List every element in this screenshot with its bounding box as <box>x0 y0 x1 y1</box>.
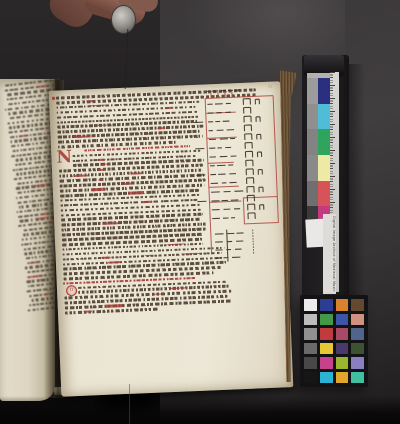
manuscript-photograph: ND 41 bene Digital Image Archive of Medi… <box>0 0 400 424</box>
red-highlight <box>99 159 106 162</box>
checker-patch-green <box>320 314 333 326</box>
checker-patch-magenta <box>320 357 333 369</box>
checker-patch-light-skin <box>351 314 364 326</box>
colour-patch-cyan <box>318 104 330 129</box>
red-highlight <box>128 191 144 194</box>
text-line <box>65 308 158 315</box>
colour-patch-green <box>318 129 330 155</box>
checker-patch-yellow-green <box>336 357 349 369</box>
plumb-string-bottom <box>129 384 130 424</box>
red-highlight <box>91 188 106 191</box>
red-highlight <box>85 311 92 313</box>
red-highlight <box>121 182 132 185</box>
gray-step <box>307 206 318 219</box>
initial-N: N <box>56 149 72 167</box>
red-highlight <box>73 174 89 177</box>
right-page: ND 41 bene <box>49 81 294 396</box>
red-highlight <box>98 178 103 181</box>
plumb-weight-disc <box>111 5 136 34</box>
red-highlight <box>157 127 166 130</box>
checker-patch-neutral-6-5 <box>304 328 317 340</box>
colour-patch-pale-yellow <box>318 155 330 181</box>
red-highlight <box>103 222 118 225</box>
checker-patch-moderate-red <box>336 328 349 340</box>
red-highlight <box>101 257 110 260</box>
checker-patch-bluish-green <box>351 372 364 384</box>
red-highlight <box>73 135 90 138</box>
red-highlight <box>167 107 174 110</box>
marginal-note: bene <box>47 288 56 292</box>
colour-checker-card <box>300 295 368 387</box>
checker-patch-neutral-3-5 <box>304 357 317 369</box>
red-highlight <box>97 168 105 171</box>
red-highlight <box>130 172 142 175</box>
checker-patch-blue <box>320 299 333 311</box>
red-pilcrow-icon <box>52 97 55 100</box>
gray-step <box>307 104 318 129</box>
checker-patch-orange-yellow <box>336 372 349 384</box>
grayscale-column <box>307 78 318 219</box>
colour-patch-red <box>318 181 330 206</box>
folio-mark: 41 <box>268 84 273 89</box>
gray-step <box>307 129 318 155</box>
colour-patch-column <box>318 78 330 219</box>
bottom-shadow-band <box>0 396 400 424</box>
checker-patch-blue-sky <box>351 328 364 340</box>
checker-patch-foliage <box>351 343 364 355</box>
checker-patch-red <box>320 328 333 340</box>
checker-patch-black <box>304 372 317 384</box>
checker-patch-yellow <box>320 343 333 355</box>
checker-patch-blue-flower <box>351 357 364 369</box>
gray-step <box>307 155 318 181</box>
checker-patch-cyan <box>320 372 333 384</box>
checker-patch-white <box>304 299 317 311</box>
checker-patch-neutral-5 <box>304 343 317 355</box>
gray-step <box>307 181 318 206</box>
checker-patch-orange <box>336 299 349 311</box>
checker-patch-purplish-blue <box>336 314 349 326</box>
red-highlight <box>107 261 120 264</box>
checker-patch-dark-skin <box>351 299 364 311</box>
red-highlight <box>105 304 123 307</box>
colour-patch-dark-blue <box>318 78 330 104</box>
archive-label: Digital Image Archive of Medieval Music <box>323 214 336 294</box>
checker-patch-neutral-8 <box>304 314 317 326</box>
colour-bar-shadow <box>349 64 365 302</box>
gray-step <box>307 78 318 104</box>
red-highlight <box>142 201 152 204</box>
checker-patch-purple <box>336 343 349 355</box>
initial-D: D <box>66 285 77 296</box>
